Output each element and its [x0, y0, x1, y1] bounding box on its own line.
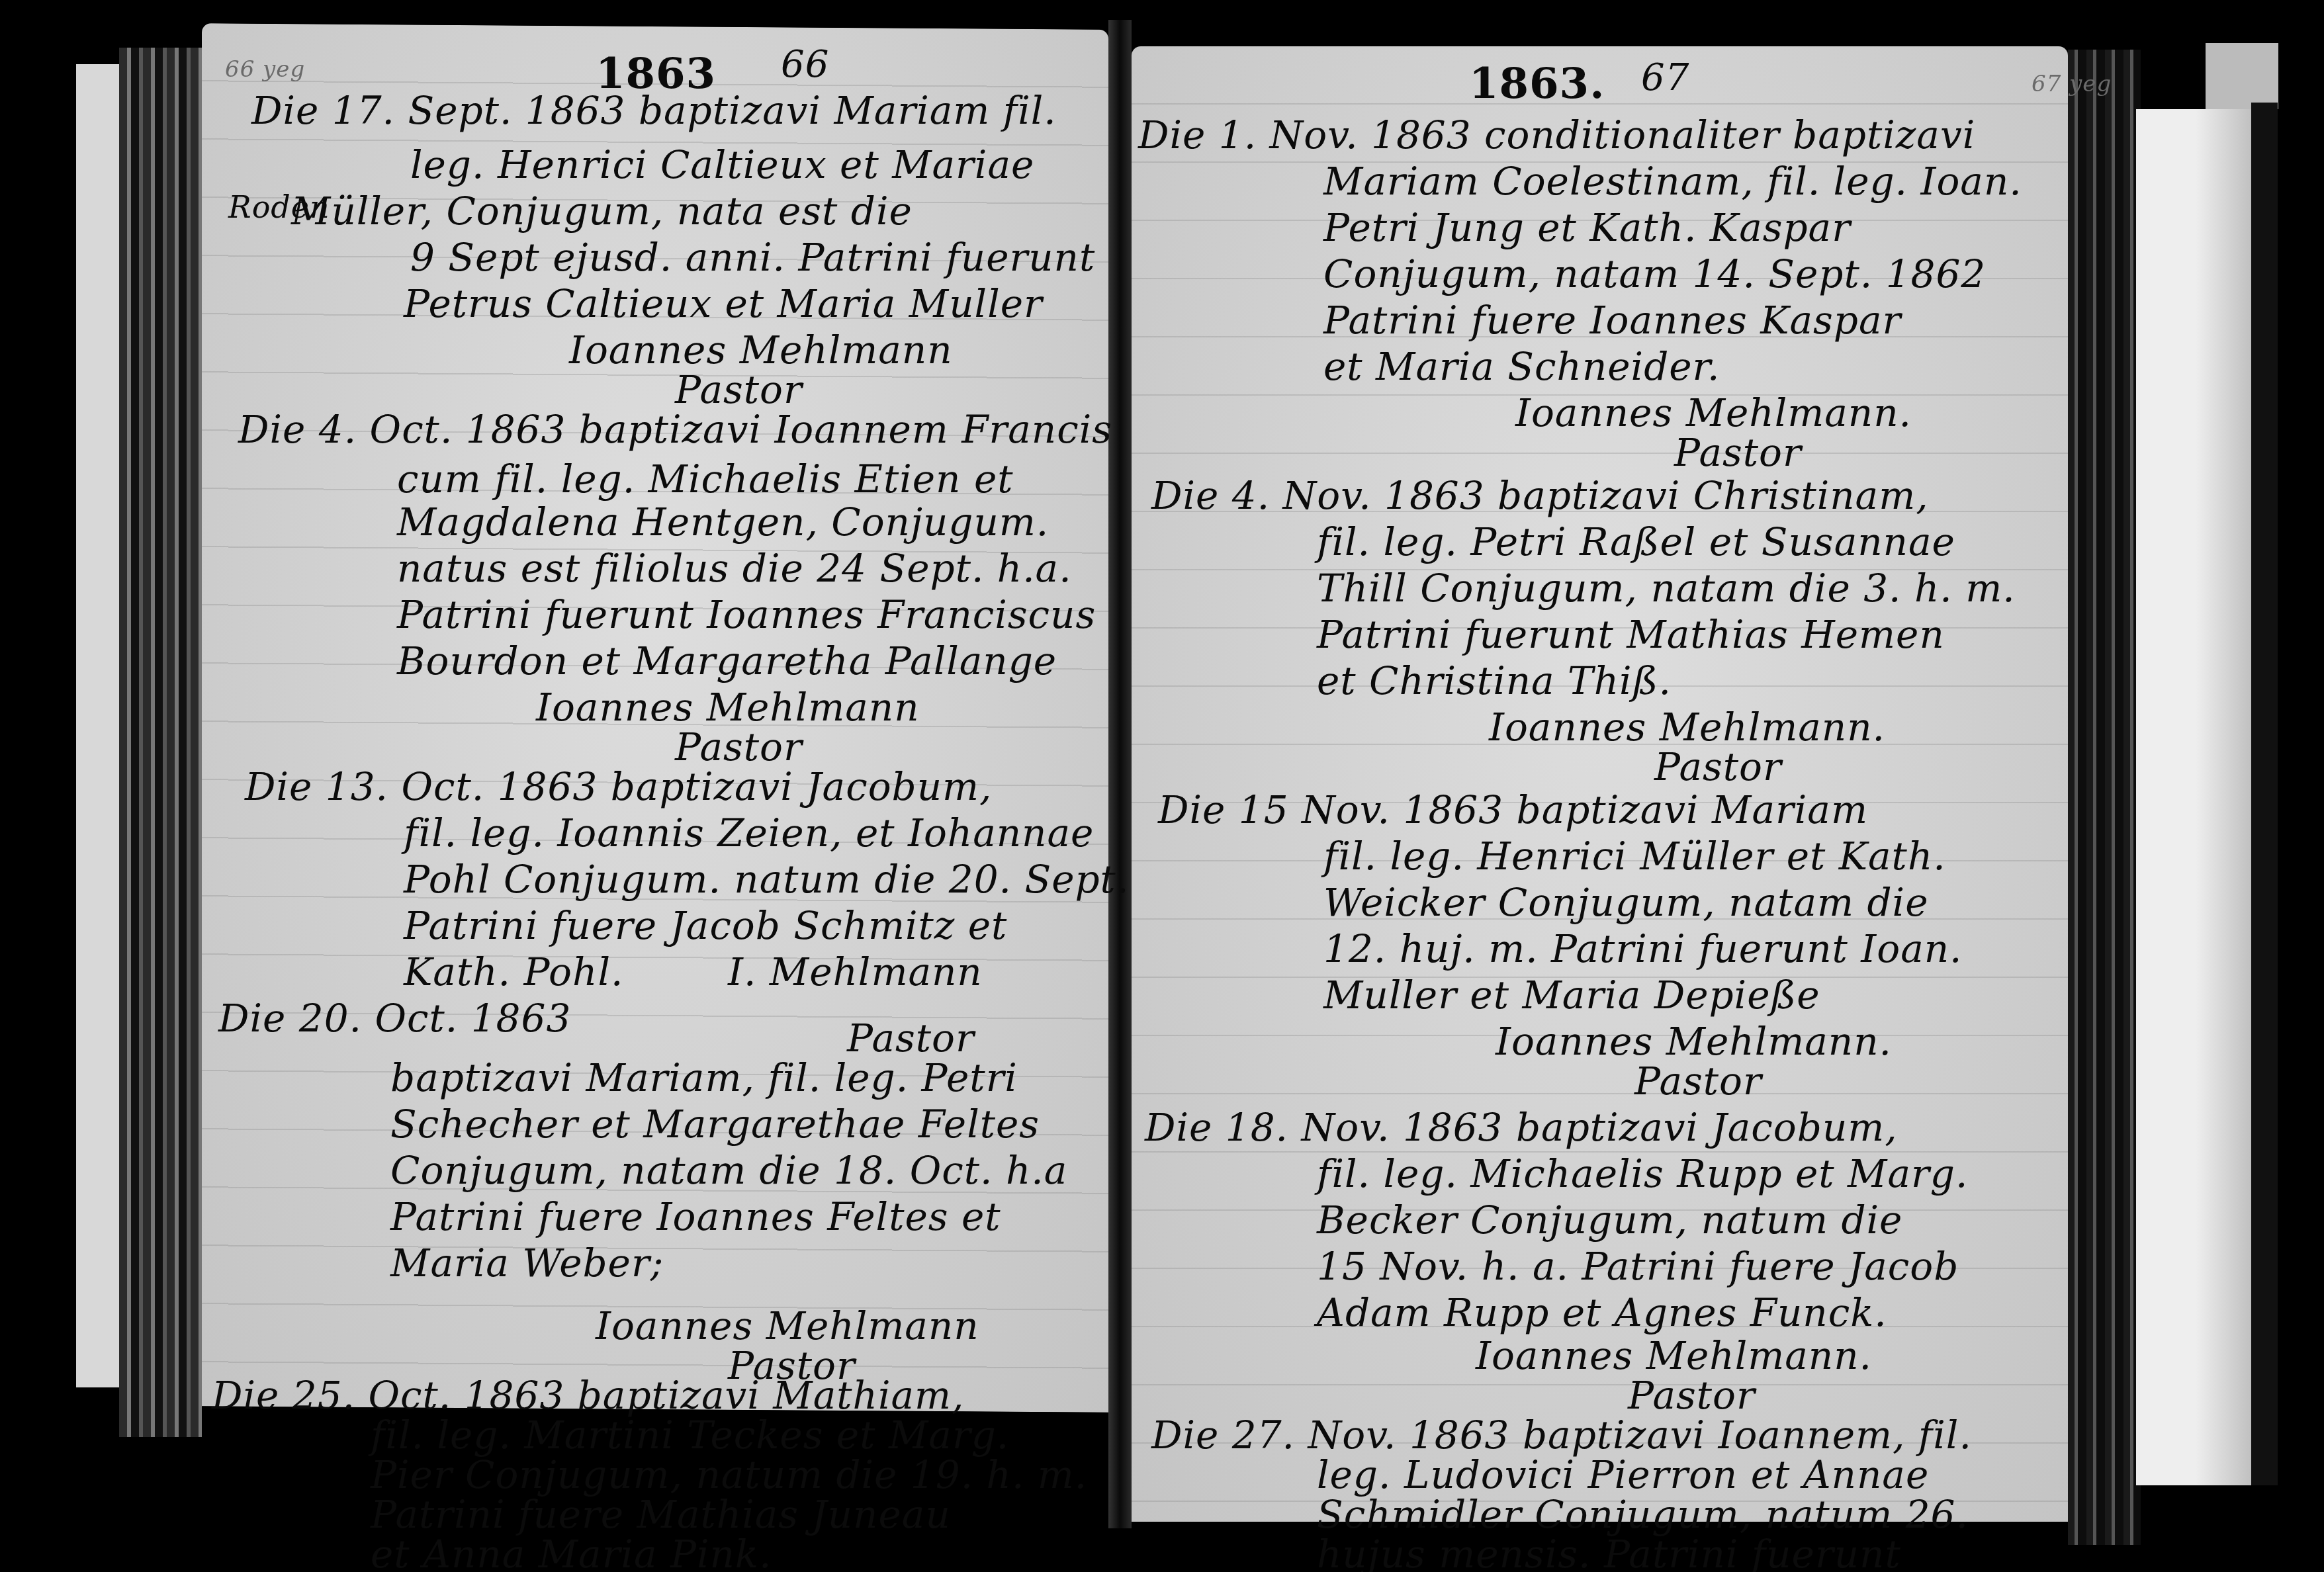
entry-line: fil. leg. Petri Raßel et Susannae — [1317, 523, 1955, 561]
entry-line: cum fil. leg. Michaelis Etien et — [397, 460, 1014, 498]
entry-line: Patrini fuere Ioannes Kaspar — [1323, 301, 1901, 339]
entry-line: Patrini fuerunt Mathias Hemen — [1317, 615, 1945, 654]
book-left-flyleaf — [76, 64, 119, 1387]
entry-line: baptizavi Mariam, fil. leg. Petri — [390, 1059, 1018, 1097]
page-number-left: 66 — [781, 46, 829, 83]
pastor-title: Pastor — [1628, 1376, 1756, 1415]
page-number-right: 67 — [1641, 60, 1689, 97]
pastor-title: Pastor — [847, 1019, 975, 1057]
entry-line: et Christina Thiß. — [1317, 662, 1672, 700]
book-right-tab — [2206, 43, 2278, 109]
entry-line: Die 20. Oct. 1863 — [218, 999, 571, 1037]
entry-line: Die 13. Oct. 1863 baptizavi Jacobum, — [245, 767, 992, 806]
entry-line: Conjugum, natam 14. Sept. 1862 — [1323, 255, 1986, 293]
pastor-signature: Ioannes Mehlmann. — [1496, 1022, 1892, 1061]
entry-line: Patrini fuere Jacob Schmitz et — [404, 906, 1007, 945]
book-left-page-edges — [119, 48, 202, 1437]
entry-line: Patrini fuere Ioannes Feltes et — [390, 1198, 1001, 1236]
pastor-signature: Ioannes Mehlmann. — [1476, 1336, 1872, 1375]
entry-line: hujus mensis. Patrini fuerunt — [1317, 1535, 1901, 1572]
pastor-title: Pastor — [675, 728, 803, 766]
margin-note-right: 67 yeg — [2032, 73, 2112, 95]
entry-line: leg. Ludovici Pierron et Annae — [1317, 1456, 1929, 1494]
entry-line: Patrini fuerunt Ioannes Franciscus — [397, 595, 1096, 634]
entry-line: leg. Henrici Caltieux et Mariae — [410, 146, 1034, 184]
pastor-signature: I. Mehlmann — [728, 953, 983, 991]
entry-line: Die 4. Nov. 1863 baptizavi Christinam, — [1151, 476, 1929, 515]
entry-line: fil. leg. Ioannis Zeien, et Iohannae — [404, 814, 1094, 852]
book-right-insert-slip — [2136, 109, 2255, 1485]
pastor-title: Pastor — [1654, 748, 1782, 786]
entry-line: 15 Nov. h. a. Patrini fuere Jacob — [1317, 1247, 1959, 1286]
entry-line: Die 4. Oct. 1863 baptizavi Ioannem Franc… — [238, 410, 1112, 449]
entry-line: Schmidler Conjugum, natum 26. — [1317, 1495, 1969, 1534]
entry-line: Die 25. Oct. 1863 baptizavi Mathiam, — [212, 1376, 965, 1415]
entry-line: Petrus Caltieux et Maria Muller — [404, 284, 1043, 323]
year-heading-right: 1863. — [1469, 63, 1605, 105]
entry-line: Conjugum, natam die 18. Oct. h.a — [390, 1151, 1067, 1190]
book-right-page-edges — [2068, 50, 2141, 1545]
entry-line: Weicker Conjugum, natam die — [1323, 883, 1928, 922]
entry-line: 9 Sept ejusd. anni. Patrini fuerunt — [410, 238, 1095, 277]
entry-line: Becker Conjugum, natum die — [1317, 1201, 1902, 1239]
book-gutter — [1108, 20, 1132, 1528]
pastor-signature: Ioannes Mehlmann. — [1489, 708, 1885, 746]
entry-line: Maria Weber; — [390, 1244, 664, 1282]
entry-line: Die 18. Nov. 1863 baptizavi Jacobum, — [1145, 1108, 1898, 1147]
entry-line: Bourdon et Margaretha Pallange — [397, 642, 1057, 680]
entry-line: Die 17. Sept. 1863 baptizavi Mariam fil. — [251, 91, 1057, 130]
entry-line: Kath. Pohl. — [404, 953, 623, 991]
entry-line: Adam Rupp et Agnes Funck. — [1317, 1293, 1887, 1332]
pastor-signature: Ioannes Mehlmann. — [1515, 394, 1912, 432]
entry-line: Petri Jung et Kath. Kaspar — [1323, 208, 1851, 247]
entry-line: Patrini fuere Mathias Juneau — [371, 1495, 951, 1534]
pastor-signature: Ioannes Mehlmann — [569, 331, 953, 369]
pastor-signature: Ioannes Mehlmann — [596, 1307, 979, 1345]
pastor-title: Pastor — [1634, 1062, 1762, 1100]
entry-line: et Anna Maria Pink. — [371, 1535, 772, 1572]
entry-line: Schecher et Margarethae Feltes — [390, 1105, 1040, 1143]
pastor-title: Pastor — [675, 371, 803, 409]
entry-line: fil. leg. Martini Teckes et Marg. — [371, 1416, 1009, 1454]
entry-line: Muller et Maria Depieße — [1323, 976, 1820, 1014]
entry-line: et Maria Schneider. — [1323, 347, 1720, 386]
entry-line: Thill Conjugum, natam die 3. h. m. — [1317, 569, 2016, 607]
entry-line: Die 1. Nov. 1863 conditionaliter baptiza… — [1138, 116, 1975, 154]
entry-line: natus est filiolus die 24 Sept. h.a. — [397, 549, 1072, 588]
pastor-signature: Ioannes Mehlmann — [536, 688, 920, 726]
entry-line: Die 15 Nov. 1863 baptizavi Mariam — [1158, 791, 1868, 829]
pastor-title: Pastor — [1674, 433, 1802, 472]
entry-line: Pohl Conjugum. natum die 20. Sept. — [404, 860, 1129, 898]
book-right-cover-edge — [2251, 103, 2278, 1485]
entry-line: Pier Conjugum, natum die 19. h. m. — [371, 1456, 1087, 1494]
entry-line: fil. leg. Michaelis Rupp et Marg. — [1317, 1155, 1968, 1193]
entry-line: 12. huj. m. Patrini fuerunt Ioan. — [1323, 930, 1963, 968]
entry-line: fil. leg. Henrici Müller et Kath. — [1323, 837, 1946, 875]
entry-line: Magdalena Hentgen, Conjugum. — [397, 503, 1049, 541]
entry-line: Müller, Conjugum, nata est die — [291, 192, 913, 230]
entry-line: Die 27. Nov. 1863 baptizavi Ioannem, fil… — [1151, 1416, 1972, 1454]
margin-note-left: 66 yeg — [225, 58, 305, 81]
entry-line: Mariam Coelestinam, fil. leg. Ioan. — [1323, 162, 2022, 200]
